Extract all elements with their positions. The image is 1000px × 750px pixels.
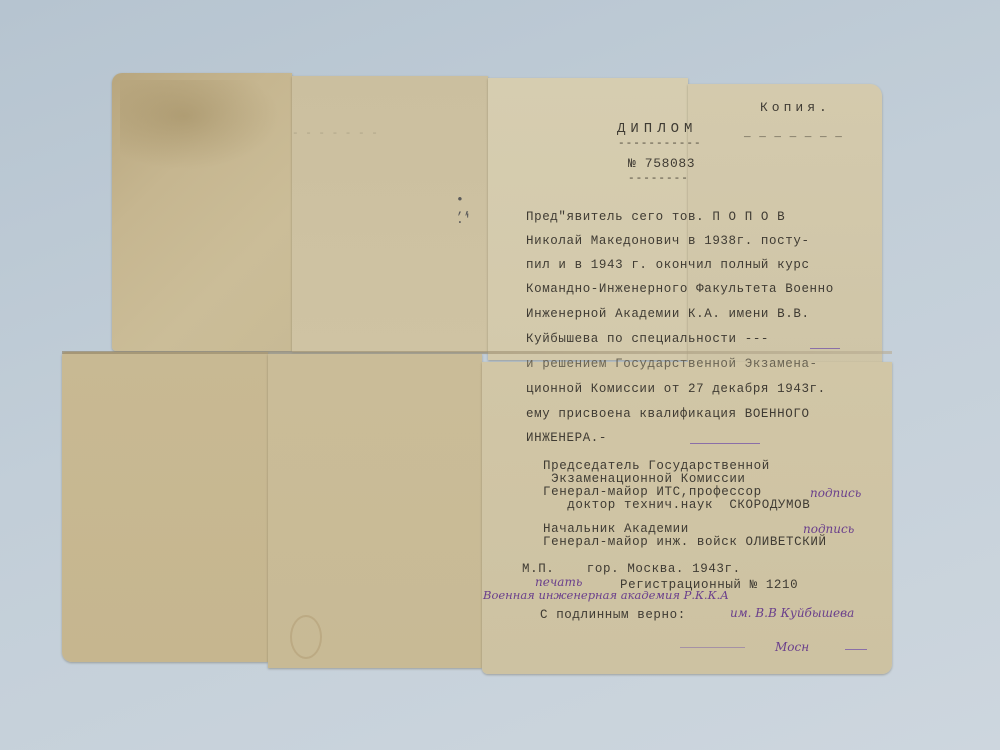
number-underline: -------- [628, 173, 689, 185]
handwritten-signature: подпись [803, 522, 854, 536]
signature-line: доктор технич.наук СКОРОДУМОВ [543, 498, 810, 512]
body-line: Пред"явитель сего тов. П О П О В [526, 210, 785, 224]
copy-mark: Копия. [760, 100, 831, 115]
body-line: ционной Комиссии от 27 декабря 1943г. [526, 382, 826, 396]
paper-panel-bottom-left [62, 352, 268, 662]
body-line: ему присвоена квалификация ВОЕННОГО [526, 407, 810, 421]
signature-line: Экзаменационной Комиссии [543, 472, 746, 486]
handwritten-signature: Мосн [775, 640, 809, 654]
place-date-line: М.П. гор. Москва. 1943г. [522, 562, 741, 576]
copy-underline: _ _ _ _ _ _ _ [744, 128, 843, 140]
signature-line: Начальник Академии [543, 522, 689, 536]
diploma-number: № 758083 [628, 156, 695, 171]
ink-underline [690, 443, 760, 444]
stamp-label: печать [535, 575, 582, 589]
certified-line: С подлинным верно: [540, 608, 686, 622]
stamp-text: Военная инженерная академия Р.К.К.А [483, 588, 729, 602]
signature-line: Председатель Государственной [543, 459, 770, 473]
ink-underline [810, 348, 840, 349]
body-line: Командно-Инженерного Факультета Военно [526, 282, 834, 296]
body-line: Инженерной Академии К.А. имени В.В. [526, 307, 810, 321]
ink-underline [845, 649, 867, 650]
stamp-text: им. В.В Куйбышева [730, 606, 854, 620]
punched-holes: •‚,.' [456, 195, 472, 225]
body-line: Куйбышева по специальности --- [526, 332, 769, 346]
body-line: и решением Государственной Экзамена- [526, 357, 818, 371]
title-underline: ----------- [618, 138, 702, 150]
ink-underline [680, 647, 745, 648]
body-line: пил и в 1943 г. окончил полный курс [526, 258, 810, 272]
faint-dashes: - - - - - - - [292, 128, 378, 140]
body-line: ИНЖЕНЕРА.- [526, 431, 607, 445]
signature-line: Генерал-майор ИТС,профессор [543, 485, 762, 499]
body-line: Николай Македонович в 1938г. посту- [526, 234, 810, 248]
horizontal-fold [62, 351, 892, 354]
paper-panel-top-right-outer [688, 84, 882, 364]
signature-line: Генерал-майор инж. войск ОЛИВЕТСКИЙ [543, 535, 827, 549]
ring-stain [290, 615, 322, 659]
water-stain [120, 80, 280, 170]
handwritten-signature: подпись [810, 486, 861, 500]
diploma-title: ДИПЛОМ [617, 121, 697, 137]
